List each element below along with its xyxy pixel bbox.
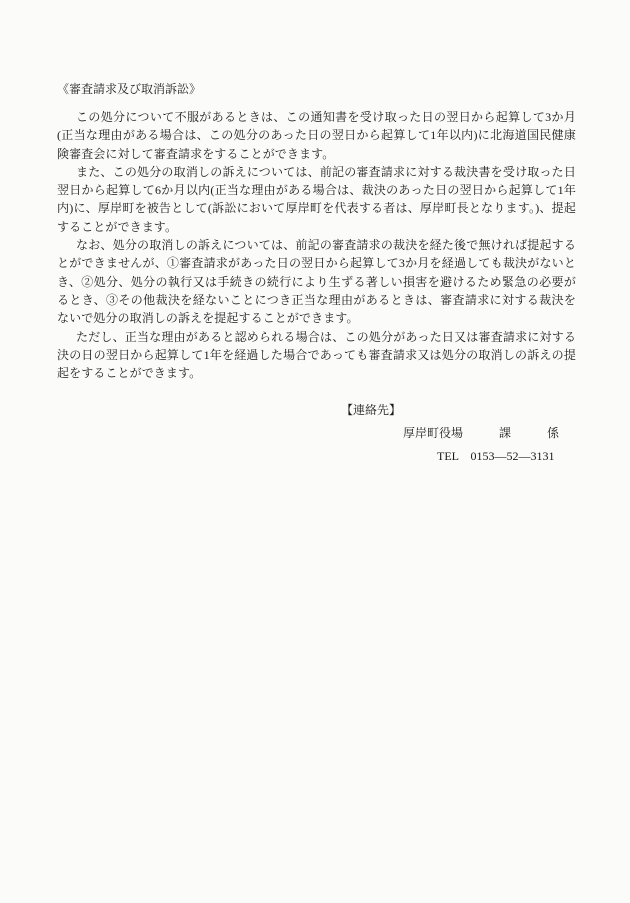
document-title: 《審査請求及び取消訴訟》 xyxy=(57,80,201,98)
document-line: (正当な理由がある場合は、この処分のあった日の翌日から起算して1年以内)に北海道… xyxy=(57,126,576,144)
document-line: することができます。 xyxy=(57,218,576,236)
document-line: き、②処分、処分の執行又は手続きの続行により生ずる著しい損害を避けるため緊急の必… xyxy=(57,273,576,291)
contact-tel-line: TEL 0153―52―3131 xyxy=(437,449,555,463)
paragraph-appeal-period: この処分について不服があるときは、この通知書を受け取った日の翌日から起算して3か… xyxy=(57,108,576,163)
document-line: るとき、③その他裁決を経ないことにつき正当な理由があるときは、審査請求に対する裁… xyxy=(57,291,576,309)
document-line: 内)に、厚岸町を被告として(訴訟において厚岸町を代表する者は、厚岸町長となります… xyxy=(57,199,576,217)
document-page: 《審査請求及び取消訴訟》 この処分について不服があるときは、この通知書を受け取っ… xyxy=(0,0,630,903)
document-line: 決の日の翌日から起算して1年を経過した場合であっても審査請求又は処分の取消しの訴… xyxy=(57,346,576,364)
document-line: ただし、正当な理由があると認められる場合は、この処分があった日又は審査請求に対す… xyxy=(57,328,576,346)
paragraph-proviso: ただし、正当な理由があると認められる場合は、この処分があった日又は審査請求に対す… xyxy=(57,328,576,383)
paragraph-revocation-suit: また、この処分の取消しの訴えについては、前記の審査請求に対する裁決書を受け取った… xyxy=(57,163,576,236)
document-line: 険審査会に対して審査請求をすることができます。 xyxy=(57,145,576,163)
document-line: 起をすることができます。 xyxy=(57,364,576,382)
document-body: この処分について不服があるときは、この通知書を受け取った日の翌日から起算して3か… xyxy=(57,108,576,382)
document-line: なお、処分の取消しの訴えについては、前記の審査請求の裁決を経た後で無ければ提起す… xyxy=(57,236,576,254)
document-line: この処分について不服があるときは、この通知書を受け取った日の翌日から起算して3か… xyxy=(57,108,576,126)
document-line: ないで処分の取消しの訴えを提起することができます。 xyxy=(57,309,576,327)
contact-heading: 【連絡先】 xyxy=(341,403,401,417)
document-line: 翌日から起算して6か月以内(正当な理由がある場合は、裁決のあった日の翌日から起算… xyxy=(57,181,576,199)
document-line: また、この処分の取消しの訴えについては、前記の審査請求に対する裁決書を受け取った… xyxy=(57,163,576,181)
document-line: とができませんが、①審査請求があった日の翌日から起算して3か月を経過しても裁決が… xyxy=(57,254,576,272)
paragraph-exceptions: なお、処分の取消しの訴えについては、前記の審査請求の裁決を経た後で無ければ提起す… xyxy=(57,236,576,327)
contact-office-line: 厚岸町役場 課 係 xyxy=(403,426,559,440)
